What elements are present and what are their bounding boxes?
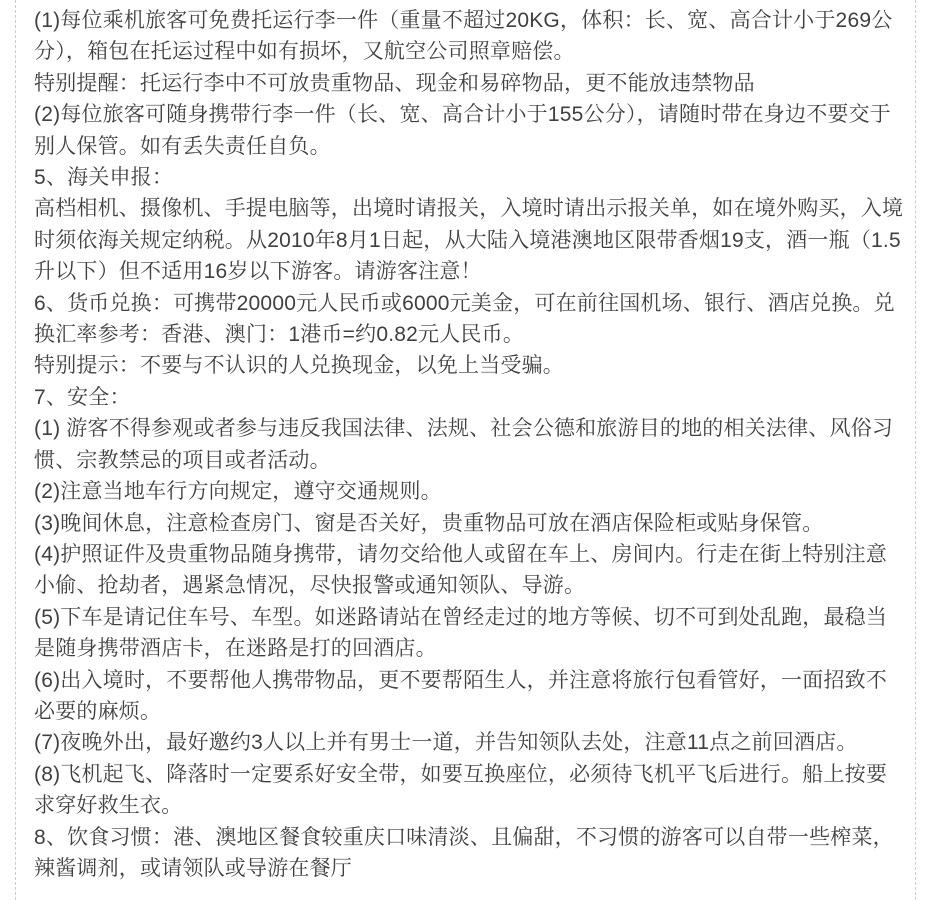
section-heading-safety: 7、安全： (34, 382, 905, 413)
paragraph-safety-7: (7)夜晚外出，最好邀约3人以上并有男士一道，并告知领队去处，注意11点之前回酒… (34, 727, 905, 758)
paragraph-customs-detail: 高档相机、摄像机、手提电脑等，出境时请报关，入境时请出示报关单，如在境外购买，入… (34, 193, 905, 287)
paragraph-safety-6: (6)出入境时，不要帮他人携带物品，更不要帮陌生人，并注意将旅行包看管好，一面招… (34, 665, 905, 728)
paragraph-currency-exchange: 6、货币兑换：可携带20000元人民币或6000元美金，可在前往国机场、银行、酒… (34, 288, 905, 351)
paragraph-checked-baggage: (1)每位乘机旅客可免费托运行李一件（重量不超过20KG，体积：长、宽、高合计小… (34, 5, 905, 68)
paragraph-safety-2: (2)注意当地车行方向规定，遵守交通规则。 (34, 476, 905, 507)
paragraph-safety-8: (8)飞机起飞、降落时一定要系好安全带，如要互换座位，必须待飞机平飞后进行。船上… (34, 759, 905, 822)
paragraph-baggage-reminder: 特别提醒：托运行李中不可放贵重物品、现金和易碎物品，更不能放违禁物品 (34, 68, 905, 99)
paragraph-safety-5: (5)下车是请记住车号、车型。如迷路请站在曾经走过的地方等候、切不可到处乱跑，最… (34, 602, 905, 665)
paragraph-dietary-habits: 8、饮食习惯：港、澳地区餐食较重庆口味清淡、且偏甜，不习惯的游客可以自带一些榨菜… (34, 822, 905, 885)
section-heading-customs: 5、海关申报： (34, 162, 905, 193)
paragraph-safety-3: (3)晚间休息，注意检查房门、窗是否关好，贵重物品可放在酒店保险柜或贴身保管。 (34, 508, 905, 539)
paragraph-safety-1: (1) 游客不得参观或者参与违反我国法律、法规、社会公德和旅游目的地的相关法律、… (34, 413, 905, 476)
paragraph-carryon-baggage: (2)每位旅客可随身携带行李一件（长、宽、高合计小于155公分），请随时带在身边… (34, 99, 905, 162)
paragraph-currency-warning: 特别提示：不要与不认识的人兑换现金，以免上当受骗。 (34, 350, 905, 381)
paragraph-safety-4: (4)护照证件及贵重物品随身携带，请勿交给他人或留在车上、房间内。行走在街上特别… (34, 539, 905, 602)
travel-notice-document: (1)每位乘机旅客可免费托运行李一件（重量不超过20KG，体积：长、宽、高合计小… (15, 0, 916, 900)
